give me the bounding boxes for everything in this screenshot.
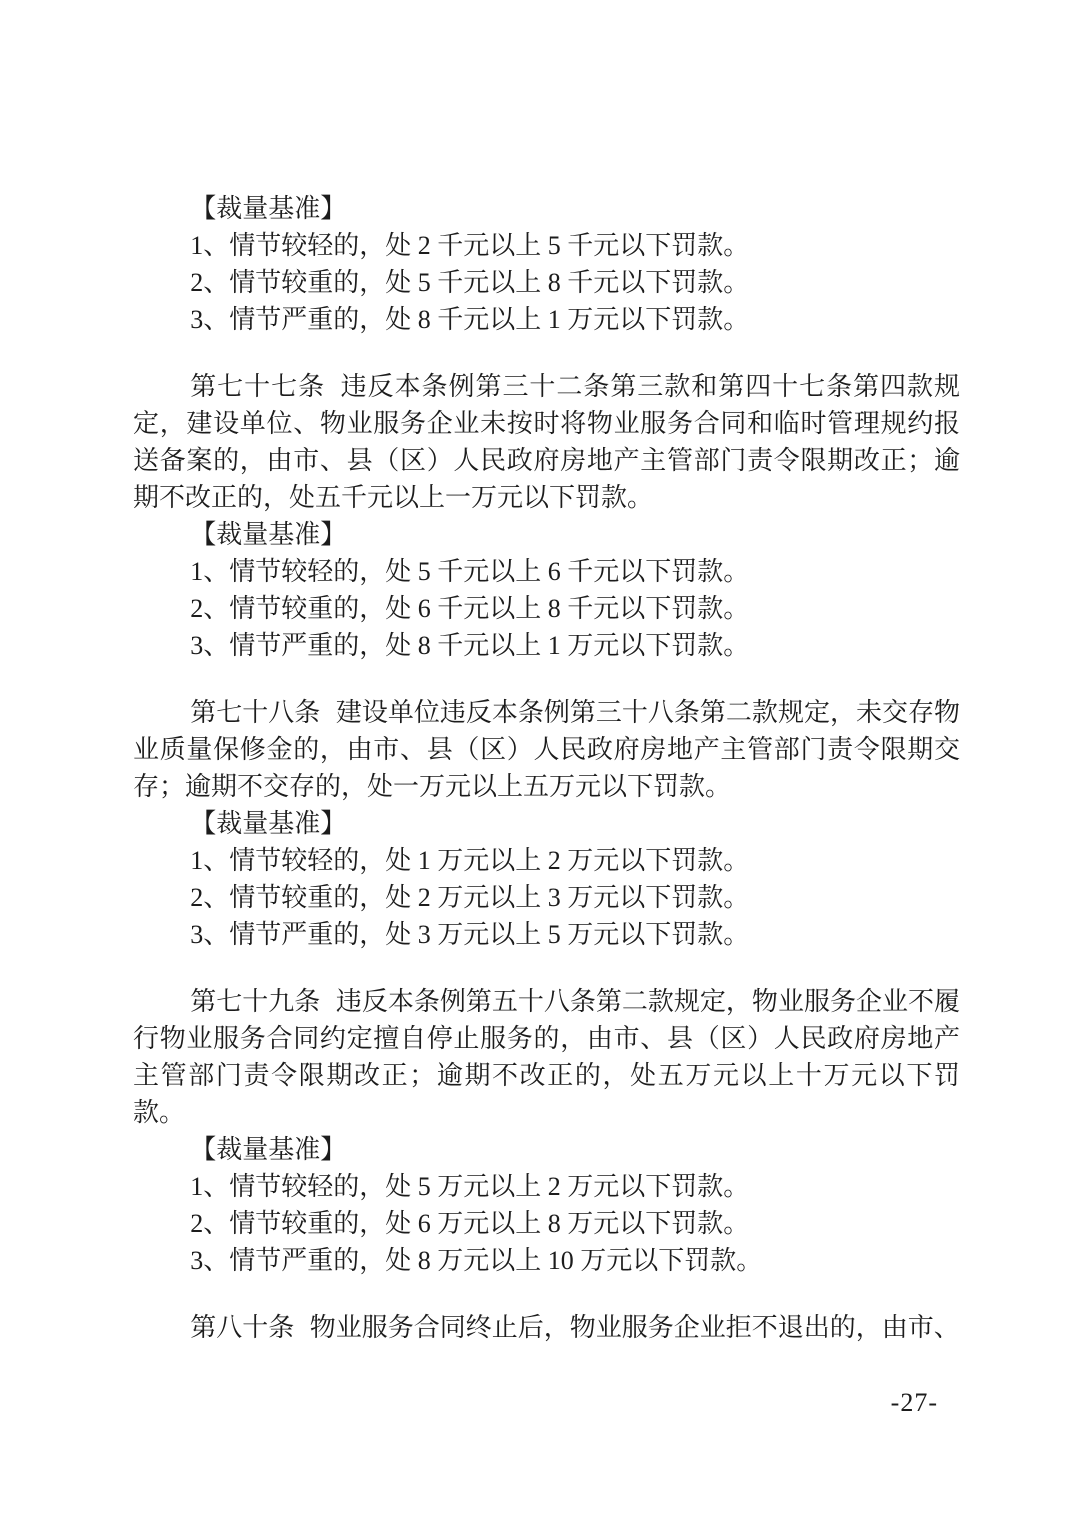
article-paragraph: 第七十九条违反本条例第五十八条第二款规定，物业服务企业不履行物业服务合同约定擅自… <box>133 983 960 1131</box>
article-79: 第七十九条违反本条例第五十八条第二款规定，物业服务企业不履行物业服务合同约定擅自… <box>133 983 960 1279</box>
criteria-item: 1、情节较轻的，处 2 千元以上 5 千元以下罚款。 <box>133 227 960 264</box>
criteria-item: 1、情节较轻的，处 5 千元以上 6 千元以下罚款。 <box>133 553 960 590</box>
article-body: 物业服务合同终止后，物业服务企业拒不退出的，由市、 <box>310 1313 960 1342</box>
article-paragraph: 第七十八条建设单位违反本条例第三十八条第二款规定，未交存物业质量保修金的，由市、… <box>133 694 960 805</box>
article-77: 第七十七条违反本条例第三十二条第三款和第四十七条第四款规定，建设单位、物业服务企… <box>133 368 960 664</box>
criteria-item: 2、情节较重的，处 6 万元以上 8 万元以下罚款。 <box>133 1205 960 1242</box>
criteria-item: 2、情节较重的，处 5 千元以上 8 千元以下罚款。 <box>133 264 960 301</box>
criteria-item: 3、情节严重的，处 8 千元以上 1 万元以下罚款。 <box>133 301 960 338</box>
article-number: 第七十八条 <box>190 698 320 727</box>
article-paragraph: 第七十七条违反本条例第三十二条第三款和第四十七条第四款规定，建设单位、物业服务企… <box>133 368 960 516</box>
criteria-heading: 【裁量基准】 <box>133 805 960 842</box>
article-80: 第八十条物业服务合同终止后，物业服务企业拒不退出的，由市、 <box>133 1309 960 1346</box>
criteria-item: 3、情节严重的，处 8 万元以上 10 万元以下罚款。 <box>133 1242 960 1279</box>
criteria-heading: 【裁量基准】 <box>133 516 960 553</box>
article-number: 第八十条 <box>190 1313 294 1342</box>
criteria-item: 3、情节严重的，处 3 万元以上 5 万元以下罚款。 <box>133 916 960 953</box>
article-paragraph: 第八十条物业服务合同终止后，物业服务企业拒不退出的，由市、 <box>133 1309 960 1346</box>
criteria-block-continued: 【裁量基准】 1、情节较轻的，处 2 千元以上 5 千元以下罚款。 2、情节较重… <box>133 190 960 338</box>
article-78: 第七十八条建设单位违反本条例第三十八条第二款规定，未交存物业质量保修金的，由市、… <box>133 694 960 953</box>
page-number: -27- <box>133 1384 960 1421</box>
criteria-heading: 【裁量基准】 <box>133 190 960 227</box>
criteria-item: 1、情节较轻的，处 5 万元以上 2 万元以下罚款。 <box>133 1168 960 1205</box>
article-number: 第七十九条 <box>190 987 320 1016</box>
criteria-heading: 【裁量基准】 <box>133 1131 960 1168</box>
article-number: 第七十七条 <box>190 372 325 401</box>
criteria-item: 1、情节较轻的，处 1 万元以上 2 万元以下罚款。 <box>133 842 960 879</box>
document-page: 【裁量基准】 1、情节较轻的，处 2 千元以上 5 千元以下罚款。 2、情节较重… <box>0 0 1075 1520</box>
criteria-item: 2、情节较重的，处 2 万元以上 3 万元以下罚款。 <box>133 879 960 916</box>
criteria-item: 2、情节较重的，处 6 千元以上 8 千元以下罚款。 <box>133 590 960 627</box>
criteria-item: 3、情节严重的，处 8 千元以上 1 万元以下罚款。 <box>133 627 960 664</box>
